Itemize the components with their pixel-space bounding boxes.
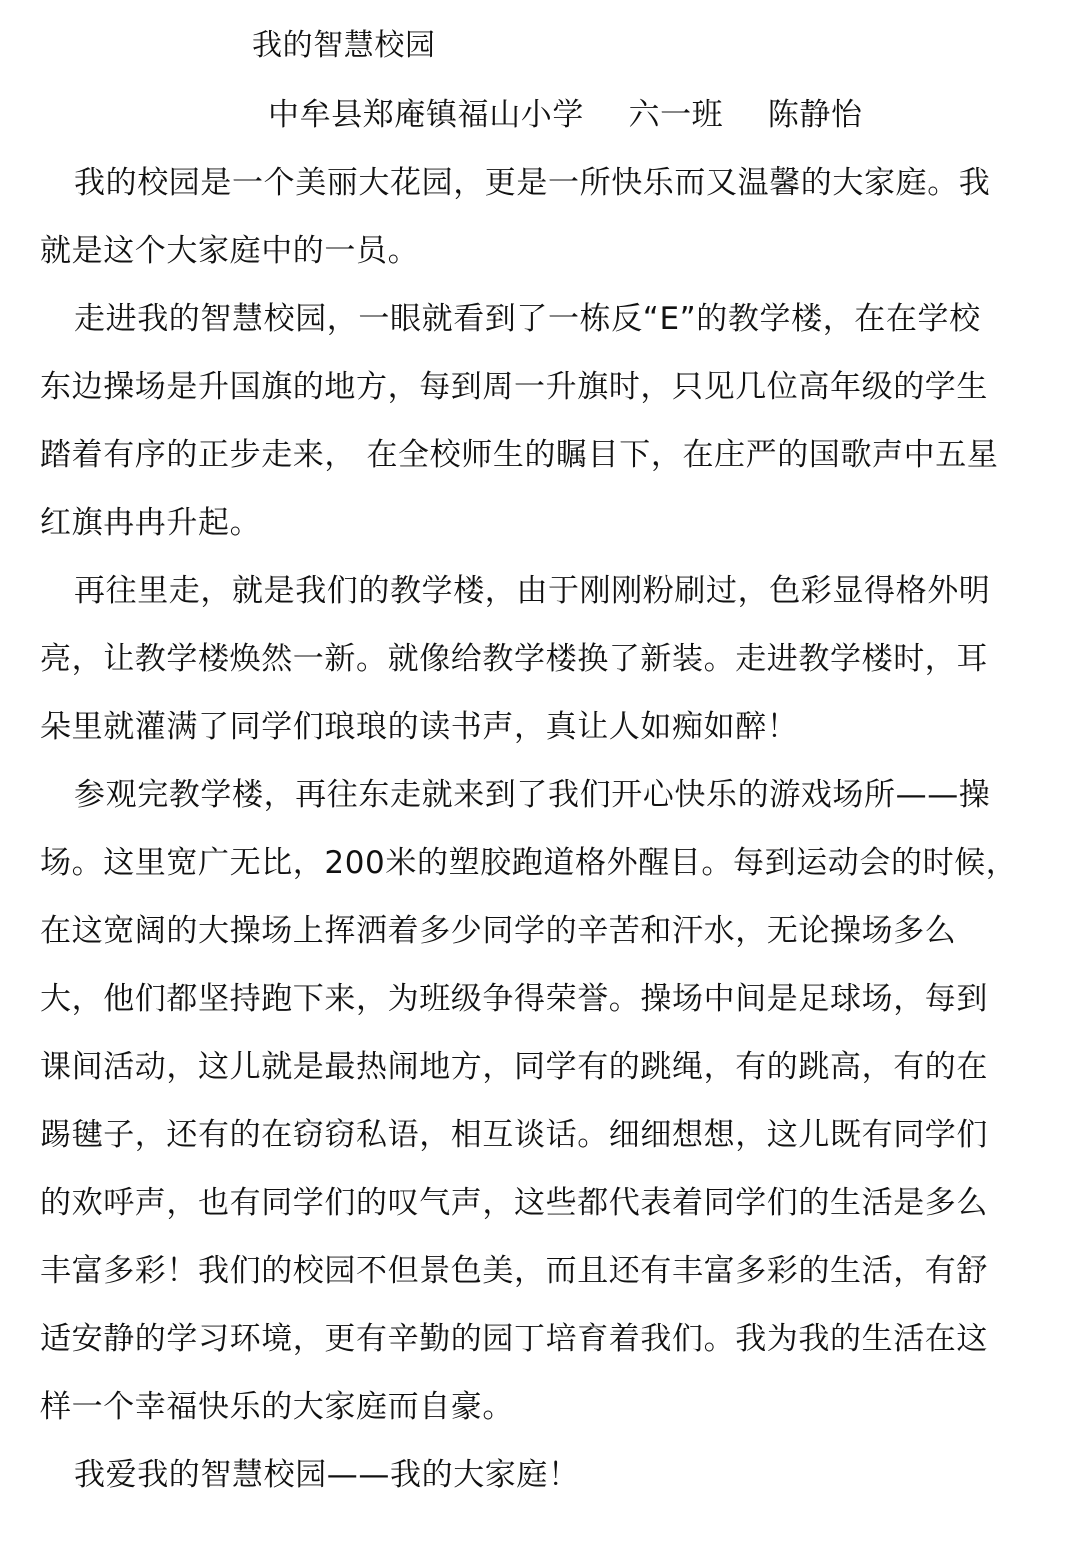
essay-line: 大，他们都坚持跑下来，为班级争得荣誉。操场中间是足球场，每到 — [40, 979, 988, 1019]
essay-line: 就是这个大家庭中的一员。 — [40, 231, 419, 271]
essay-line: 参观完教学楼，再往东走就来到了我们开心快乐的游戏场所——操 — [74, 775, 990, 815]
essay-line: 课间活动，这儿就是最热闹地方，同学有的跳绳，有的跳高，有的在 — [40, 1047, 988, 1087]
school-name: 中牟县郑庵镇福山小学 — [268, 97, 584, 133]
essay-line: 再往里走，就是我们的教学楼，由于刚刚粉刷过，色彩显得格外明 — [74, 571, 990, 611]
document-title: 我的智慧校园 — [252, 26, 436, 66]
essay-line: 的欢呼声，也有同学们的叹气声，这些都代表着同学们的生活是多么 — [40, 1183, 988, 1223]
essay-line: 踏着有序的正步走来， 在全校师生的瞩目下，在庄严的国歌声中五星 — [40, 435, 998, 475]
essay-line: 样一个幸福快乐的大家庭而自豪。 — [40, 1387, 514, 1427]
essay-line: 红旗冉冉升起。 — [40, 503, 261, 543]
essay-line: 丰富多彩！我们的校园不但景色美，而且还有丰富多彩的生活，有舒 — [40, 1251, 988, 1291]
author-byline: 中牟县郑庵镇福山小学 六一班 陈静怡 — [268, 95, 863, 135]
class-name: 六一班 — [628, 97, 723, 133]
essay-line: 踢毽子，还有的在窃窃私语，相互谈话。细细想想，这儿既有同学们 — [40, 1115, 988, 1155]
essay-line: 适安静的学习环境，更有辛勤的园丁培育着我们。我为我的生活在这 — [40, 1319, 988, 1359]
essay-line: 亮，让教学楼焕然一新。就像给教学楼换了新装。走进教学楼时，耳 — [40, 639, 988, 679]
essay-line: 东边操场是升国旗的地方，每到周一升旗时，只见几位高年级的学生 — [40, 367, 988, 407]
essay-line: 在这宽阔的大操场上挥洒着多少同学的辛苦和汗水，无论操场多么 — [40, 911, 956, 951]
essay-line: 我爱我的智慧校园——我的大家庭！ — [74, 1455, 580, 1495]
essay-line: 场。这里宽广无比，200米的塑胶跑道格外醒目。每到运动会的时候， — [40, 843, 1017, 883]
author-name: 陈静怡 — [768, 97, 863, 133]
essay-line: 我的校园是一个美丽大花园，更是一所快乐而又温馨的大家庭。我 — [74, 163, 990, 203]
essay-line: 朵里就灌满了同学们琅琅的读书声，真让人如痴如醉！ — [40, 707, 798, 747]
essay-line: 走进我的智慧校园，一眼就看到了一栋反“E”的教学楼，在在学校 — [74, 299, 981, 339]
